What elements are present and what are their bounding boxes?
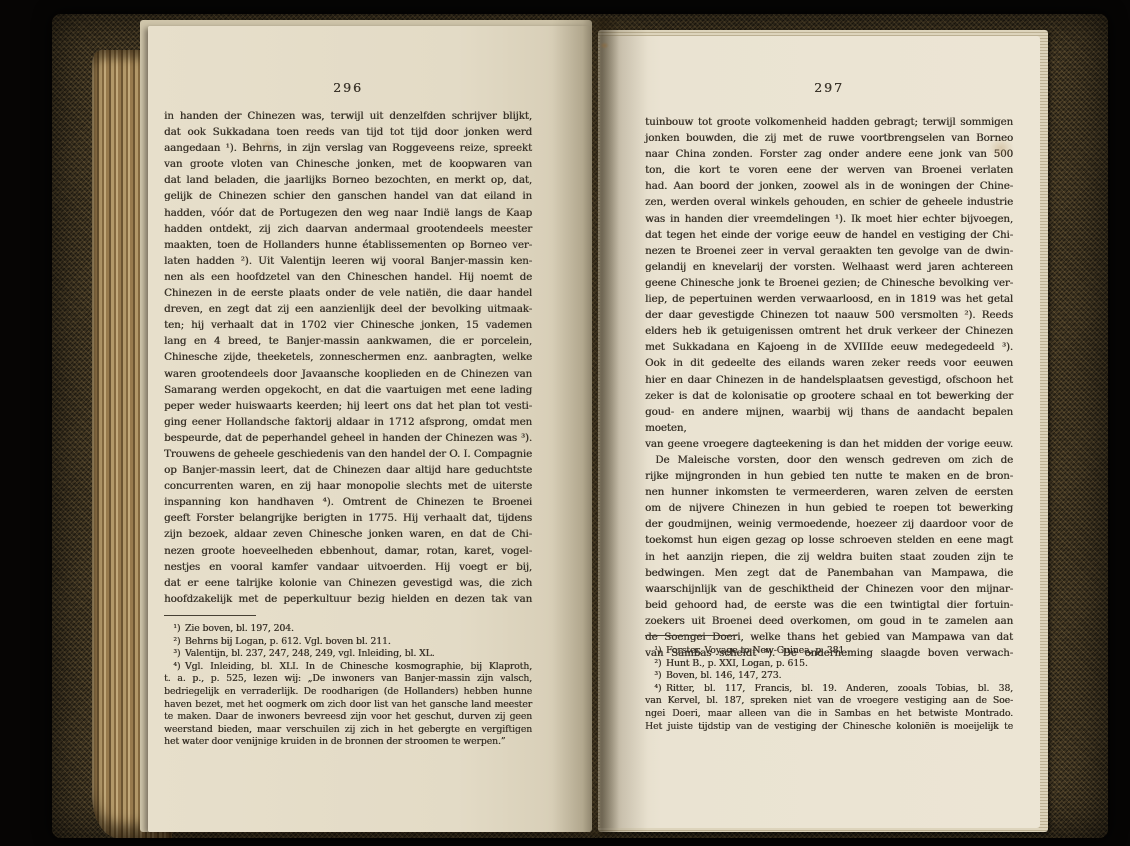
page-body-right: tuinbouw tot groote volkomenheid hadden … <box>645 114 1013 661</box>
text-line: hier en daar Chinezen in de handelsplaat… <box>645 372 1013 388</box>
text-line: de Soengei Doeri, welke thans het gebied… <box>645 629 1013 645</box>
text-line: waarschijnlijk van de geschiktheid der C… <box>645 581 1013 597</box>
text-line: goud- en andere mijnen, waarbij wij than… <box>645 404 1013 436</box>
text-line: nen als een hoofdzetel van den Chinesche… <box>164 269 532 285</box>
text-line: nestjes en vooral kamfer vandaar uitvoer… <box>164 559 532 575</box>
text-line: hadden, vóór dat de Portugezen den weg n… <box>164 205 532 221</box>
page-left: 296 in handen der Chinezen was, terwijl … <box>148 26 590 832</box>
text-line: nezen groote hoeveelheden ebbenhout, dam… <box>164 543 532 559</box>
text-line: der goudmijnen, weinig vermoedende, hoez… <box>645 516 1013 532</box>
text-line: laten hadden ²). Uit Valentijn leeren wi… <box>164 253 532 269</box>
text-line: ¹) Forster, Voyage to New-Guinea, p. 381… <box>645 645 1013 658</box>
text-line: peper weder huiswaarts keerden; hij leer… <box>164 398 532 414</box>
text-line: ⁴) Vgl. Inleiding, bl. XLI. In de Chines… <box>164 661 532 674</box>
text-line: dat land beladen, die jaarlijks Borneo b… <box>164 172 532 188</box>
text-line: ngei Doeri, maar alleen van die in Samba… <box>645 708 1013 721</box>
text-line: Chinesche zijde, theeketels, zonnescherm… <box>164 349 532 365</box>
text-line: haven bezet, met het oogmerk om zich doo… <box>164 699 532 712</box>
text-line: hadden ontdekt, zij zich daarvan anderma… <box>164 221 532 237</box>
text-line: geene Chinesche jonk te Broenei gezien; … <box>645 275 1013 291</box>
text-line: ²) Hunt B., p. XXI, Logan, p. 615. <box>645 658 1013 671</box>
text-line: beid gehoord had, de eerste was die een … <box>645 597 1013 613</box>
text-line: van geene vroegere dagteekening is dan h… <box>645 436 1013 452</box>
text-line: zijn bezoek, aldaar zeven Chinesche jonk… <box>164 526 532 542</box>
text-line: te maken. Daar de inwoners bevreesd zijn… <box>164 711 532 724</box>
text-line: der daar gevestigde Chinezen tot naauw 5… <box>645 307 1013 323</box>
text-line: had. Aan boord der jonken, zoowel als in… <box>645 178 1013 194</box>
text-line: gelijk de Chinezen schier den ganschen h… <box>164 188 532 204</box>
text-line: Samarang werden opgekocht, en dat die va… <box>164 382 532 398</box>
text-line: dreven, en zegt dat zij een aanzienlijk … <box>164 301 532 317</box>
text-line: van Kervel, bl. 187, spreken niet van de… <box>645 695 1013 708</box>
footnote-rule-right <box>645 635 737 636</box>
text-line: ³) Boven, bl. 146, 147, 273. <box>645 670 1013 683</box>
page-number-right: 297 <box>645 80 1013 95</box>
page-body-left: in handen der Chinezen was, terwijl uit … <box>164 108 532 607</box>
footnotes-right: ¹) Forster, Voyage to New-Guinea, p. 381… <box>645 645 1013 733</box>
text-line: maakten, toen de Hollanders hunne établi… <box>164 237 532 253</box>
text-line: hoofdzakelijk met de peperkultuur bezig … <box>164 591 532 607</box>
text-line: elders heb ik getuigenissen omtrent het … <box>645 323 1013 339</box>
text-line: dat tegen het einde der vorige eeuw de h… <box>645 227 1013 243</box>
text-line: ⁴) Ritter, bl. 117, Francis, bl. 19. And… <box>645 683 1013 696</box>
text-line: nezen te Broenei zeer in verval geraakte… <box>645 243 1013 259</box>
text-line: dat er eene talrijke kolonie van Chineze… <box>164 575 532 591</box>
text-line: jonken bouwden, die zij met de ruwe voor… <box>645 130 1013 146</box>
text-line: ten; hij verhaalt dat in 1702 vier Chine… <box>164 317 532 333</box>
text-line: bedwingen. Men zegt dat de Panembahan va… <box>645 565 1013 581</box>
text-line: nen hunner inkomsten te vermeerderen, wa… <box>645 484 1013 500</box>
text-line: naar China zonden. Forster zag onder and… <box>645 146 1013 162</box>
text-line: rijke mijngronden in hun gebied ten nutt… <box>645 468 1013 484</box>
text-line: liep, de pepertuinen werden verwaarloosd… <box>645 291 1013 307</box>
text-line: inspanning kon handhaven ⁴). Omtrent de … <box>164 494 532 510</box>
text-line: om de nijvere Chinezen in hun gebied te … <box>645 500 1013 516</box>
text-line: zoekers uit Broenei deed overkomen, om g… <box>645 613 1013 629</box>
page-right: 297 tuinbouw tot groote volkomenheid had… <box>600 36 1040 828</box>
page-number-left: 296 <box>164 80 532 95</box>
text-line: bespeurde, dat de peperhandel geheel in … <box>164 430 532 446</box>
text-line: Chinezen in de eerste plaats onder de ve… <box>164 285 532 301</box>
text-line: zeker is dat de kolonisatie op grootere … <box>645 388 1013 404</box>
text-line: in het aanzijn riepen, die zij weldra bu… <box>645 549 1013 565</box>
text-line: dat ook Sukkadana toen reeds van tijd to… <box>164 124 532 140</box>
text-line: ³) Valentijn, bl. 237, 247, 248, 249, vg… <box>164 648 532 661</box>
text-line: zen, werden overal winkels gehouden, en … <box>645 194 1013 210</box>
text-line: tuinbouw tot groote volkomenheid hadden … <box>645 114 1013 130</box>
text-line: ging eener Hollandsche faktorij aldaar i… <box>164 414 532 430</box>
text-line: geeft Forster belangrijke berigten in 17… <box>164 510 532 526</box>
text-line: t. a. p., p. 525, lezen wij: „De inwoner… <box>164 673 532 686</box>
text-line: van groote vloten van Chinesche jonken, … <box>164 156 532 172</box>
footnote-rule-left <box>164 615 256 616</box>
text-line: toekomst hun eigen gezag op losse schroe… <box>645 532 1013 548</box>
text-line: concurrenten waren, en zij haar monopoli… <box>164 478 532 494</box>
text-line: gelandij en knevelarij der vorsten. Welh… <box>645 259 1013 275</box>
text-line: ton, die kort te voren eene der werven v… <box>645 162 1013 178</box>
text-line: in handen der Chinezen was, terwijl uit … <box>164 108 532 124</box>
text-line: aangedaan ¹). Behrns, in zijn verslag va… <box>164 140 532 156</box>
text-line: was in handen dier vreemdelingen ¹). Ik … <box>645 211 1013 227</box>
text-line: De Maleische vorsten, door den wensch ge… <box>645 452 1013 468</box>
text-line: ²) Behrns bij Logan, p. 612. Vgl. boven … <box>164 636 532 649</box>
text-line: weerstand bieden, maar verschuilen zij z… <box>164 724 532 737</box>
book-photo: { "colors": { "background": "#060504", "… <box>0 0 1130 846</box>
text-line: Ook in dit gedeelte des eilands waren ze… <box>645 355 1013 371</box>
text-line: Het juiste tijdstip van de vestiging der… <box>645 721 1013 734</box>
text-line: ¹) Zie boven, bl. 197, 204. <box>164 623 532 636</box>
text-line: waren grootendeels door Javaansche koopl… <box>164 366 532 382</box>
text-line: Trouwens de geheele geschiedenis van den… <box>164 446 532 462</box>
text-line: op Banjer-massin leert, dat de Chinezen … <box>164 462 532 478</box>
footnotes-left: ¹) Zie boven, bl. 197, 204. ²) Behrns bi… <box>164 623 532 749</box>
text-line: bedriegelijk en verraderlijk. De roodhar… <box>164 686 532 699</box>
text-line: lang en 4 breed, te Banjer-massin aankwa… <box>164 333 532 349</box>
text-line: het water door venijnige kruiden in de b… <box>164 736 532 749</box>
text-line: met Sukkadana en Kajoeng in de XVIIIde e… <box>645 339 1013 355</box>
